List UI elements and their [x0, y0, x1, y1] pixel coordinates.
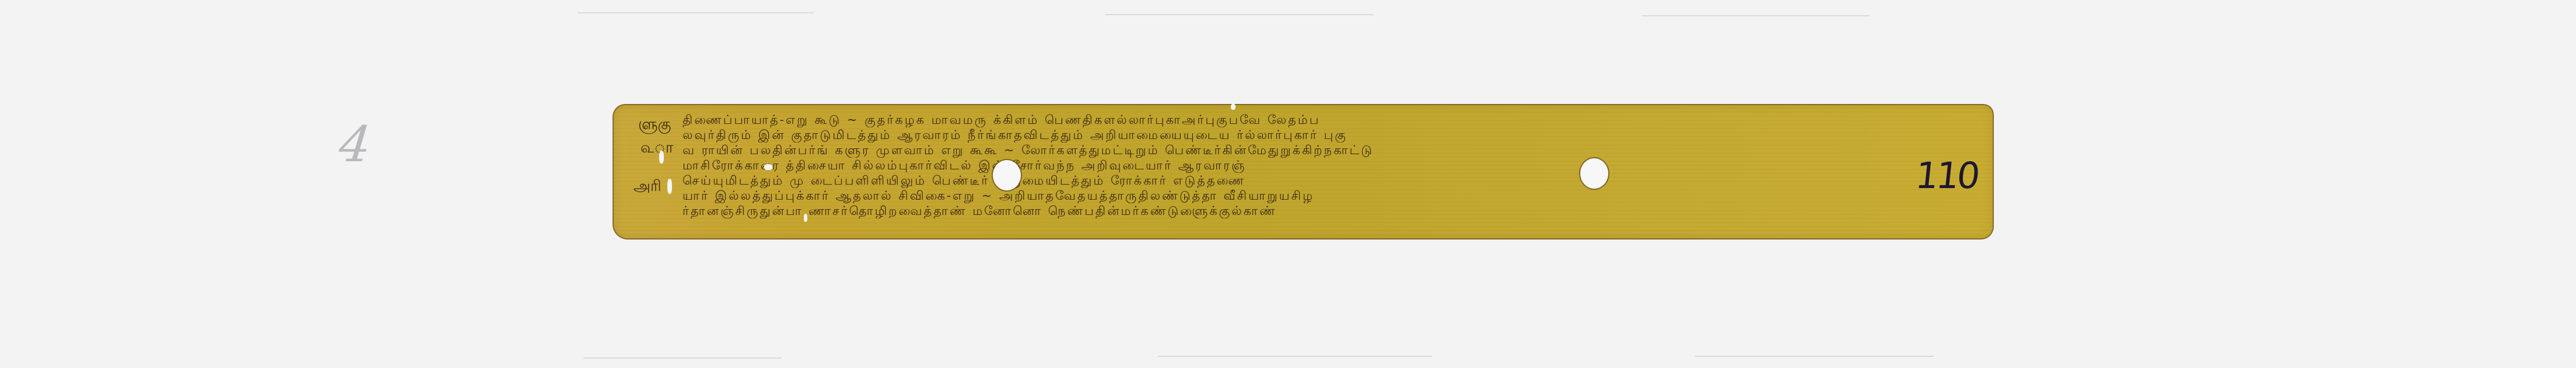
damage-spot — [659, 151, 664, 164]
text-line: திணைப்பாயாத்-எறு கூடு ~ குதர்கழக மாவமரு … — [682, 112, 1908, 127]
text-line: வ ராயின் பலதின்பர்ங் களுர முளவாம் எறு கூ… — [682, 143, 1908, 158]
margin-note-top: ளுகு — [638, 117, 671, 132]
manuscript-text: திணைப்பாயாத்-எறு கூடு ~ குதர்கழக மாவமரு … — [682, 112, 1908, 218]
top-rule-2 — [1105, 14, 1374, 15]
bottom-rule-3 — [1695, 356, 1934, 357]
damage-spot — [667, 179, 672, 194]
damage-spot — [764, 164, 772, 170]
binding-hole-left — [993, 160, 1021, 190]
text-line: ர்தானஞ்சிருதுன்பா ணாசர்தொழிறவைத்தாண் மனோ… — [682, 203, 1908, 218]
bottom-rule-2 — [1158, 356, 1432, 357]
damage-spot — [804, 214, 807, 222]
text-line: செய்யுமிடத்தும் மு டைப்பளிளியிலும் பெண்ட… — [682, 173, 1908, 188]
margin-note-middle: ௳ா — [640, 140, 674, 155]
palm-leaf-manuscript: ளுகு ௳ா அரி திணைப்பாயாத்-எறு கூடு ~ குதர… — [612, 104, 1994, 239]
damage-spot — [1231, 104, 1235, 110]
text-line: யார் இல்லத்துப்புக்கார் ஆதலால் சிவிகை-எற… — [682, 188, 1908, 203]
folio-number: 110 — [1913, 154, 1980, 197]
top-rule-3 — [1642, 15, 1870, 16]
bottom-rule-1 — [583, 357, 782, 359]
top-rule-1 — [577, 12, 814, 13]
binding-hole-right — [1580, 158, 1608, 189]
text-line: மாசிரோக்காரை த்திசையா சில்லம்புகார்விடல்… — [682, 158, 1908, 173]
margin-note-bottom: அரி — [633, 179, 661, 194]
text-line: லவுர்திரும் இன் குதாடுமிடத்தும் ஆரவாரம் … — [682, 127, 1908, 143]
pencil-folio-number: 4 — [337, 120, 373, 169]
